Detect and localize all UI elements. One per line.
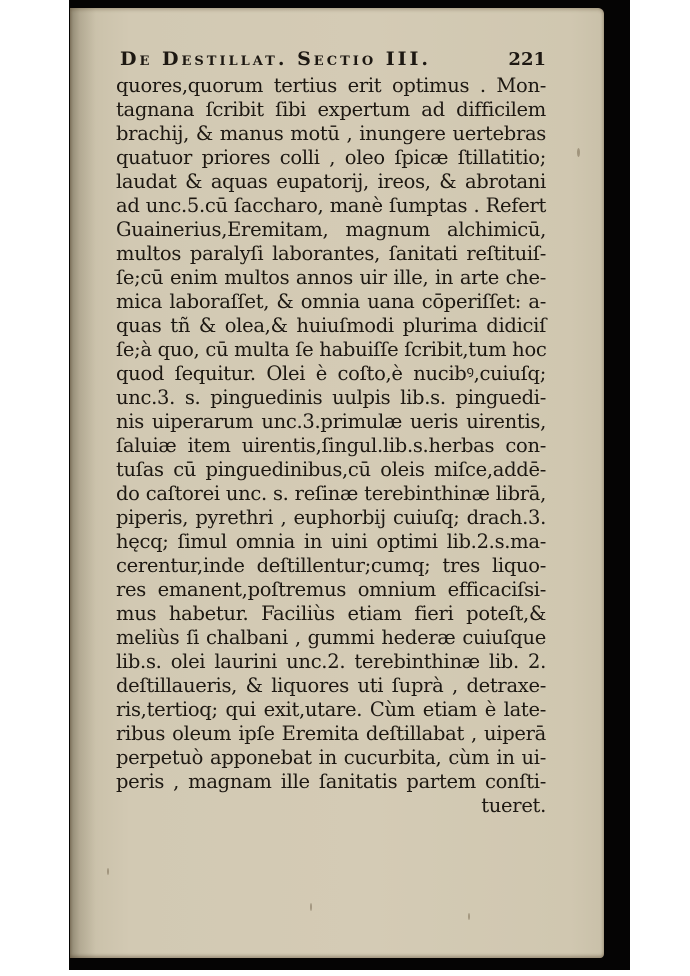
book-page: De Destillat. Sectio III. 221 quores,quo… bbox=[70, 8, 604, 958]
text-line: quas tñ & olea,& huiuſmodi plurima didic… bbox=[116, 314, 546, 338]
paper-speck bbox=[577, 148, 580, 157]
text-line: peris , magnam ille ſanitatis partem con… bbox=[116, 770, 546, 794]
text-line: laudat & aquas eupatorij, ireos, & abrot… bbox=[116, 170, 546, 194]
text-body: quores,quorum tertius erit optimus . Mon… bbox=[116, 74, 546, 818]
text-line: ſe;à quo, cū multa ſe habuiſſe ſcribit,t… bbox=[116, 338, 546, 362]
page-content: De Destillat. Sectio III. 221 quores,quo… bbox=[116, 48, 546, 818]
text-line: ribus oleum ipſe Eremita deſtillabat , u… bbox=[116, 722, 546, 746]
text-line: mica laboraſſet, & omnia uana cōperiſſet… bbox=[116, 290, 546, 314]
text-line: unc.3. s. pinguedinis uulpis lib.s. ping… bbox=[116, 386, 546, 410]
text-line: Guainerius,Eremitam, magnum alchimicū, bbox=[116, 218, 546, 242]
text-line: ad unc.5.cū ſaccharo, manè ſumptas . Ref… bbox=[116, 194, 546, 218]
text-line: piperis, pyrethri , euphorbij cuiuſq; dr… bbox=[116, 506, 546, 530]
running-head-title: De Destillat. Sectio III. bbox=[120, 48, 431, 70]
text-line: res emanent,poſtremus omnium efficaciſsi… bbox=[116, 578, 546, 602]
text-line: quod ſequitur. Olei è coſto,è nucibꝰ,cui… bbox=[116, 362, 546, 386]
paper-speck bbox=[107, 868, 109, 875]
text-line: quatuor priores colli , oleo ſpicæ ſtill… bbox=[116, 146, 546, 170]
paper-speck bbox=[468, 913, 470, 920]
text-line: meliùs ſi chalbani , gummi hederæ cuiuſq… bbox=[116, 626, 546, 650]
text-line: perpetuò apponebat in cucurbita, cùm in … bbox=[116, 746, 546, 770]
text-line: deſtillaueris, & liquores uti ſuprà , de… bbox=[116, 674, 546, 698]
text-line: hęcq; ſimul omnia in uini optimi lib.2.s… bbox=[116, 530, 546, 554]
text-line: ſaluiæ item uirentis,ſingul.lib.s.herbas… bbox=[116, 434, 546, 458]
text-line: lib.s. olei laurini unc.2. terebinthinæ … bbox=[116, 650, 546, 674]
text-line: do caſtorei unc. s. reſinæ terebinthinæ … bbox=[116, 482, 546, 506]
text-line: quores,quorum tertius erit optimus . Mon… bbox=[116, 74, 546, 98]
page-number: 221 bbox=[508, 49, 546, 70]
text-line: ſe;cū enim multos annos uir ille, in art… bbox=[116, 266, 546, 290]
text-line: multos paralyſi laborantes, ſanitati reſ… bbox=[116, 242, 546, 266]
text-line: mus habetur. Faciliùs etiam fieri poteſt… bbox=[116, 602, 546, 626]
running-head: De Destillat. Sectio III. 221 bbox=[120, 48, 546, 74]
text-line: ris,tertioq; qui exit,utare. Cùm etiam è… bbox=[116, 698, 546, 722]
text-line: brachij, & manus motū , inungere uertebr… bbox=[116, 122, 546, 146]
text-line-final: tueret. bbox=[116, 794, 546, 818]
paper-speck bbox=[310, 903, 312, 911]
text-line: tagnana ſcribit ſibi expertum ad diffici… bbox=[116, 98, 546, 122]
text-line: nis uiperarum unc.3.primulæ ueris uirent… bbox=[116, 410, 546, 434]
text-line: cerentur,inde deſtillentur;cumq; tres li… bbox=[116, 554, 546, 578]
text-line: tuſas cū pinguedinibus,cū oleis miſce,ad… bbox=[116, 458, 546, 482]
